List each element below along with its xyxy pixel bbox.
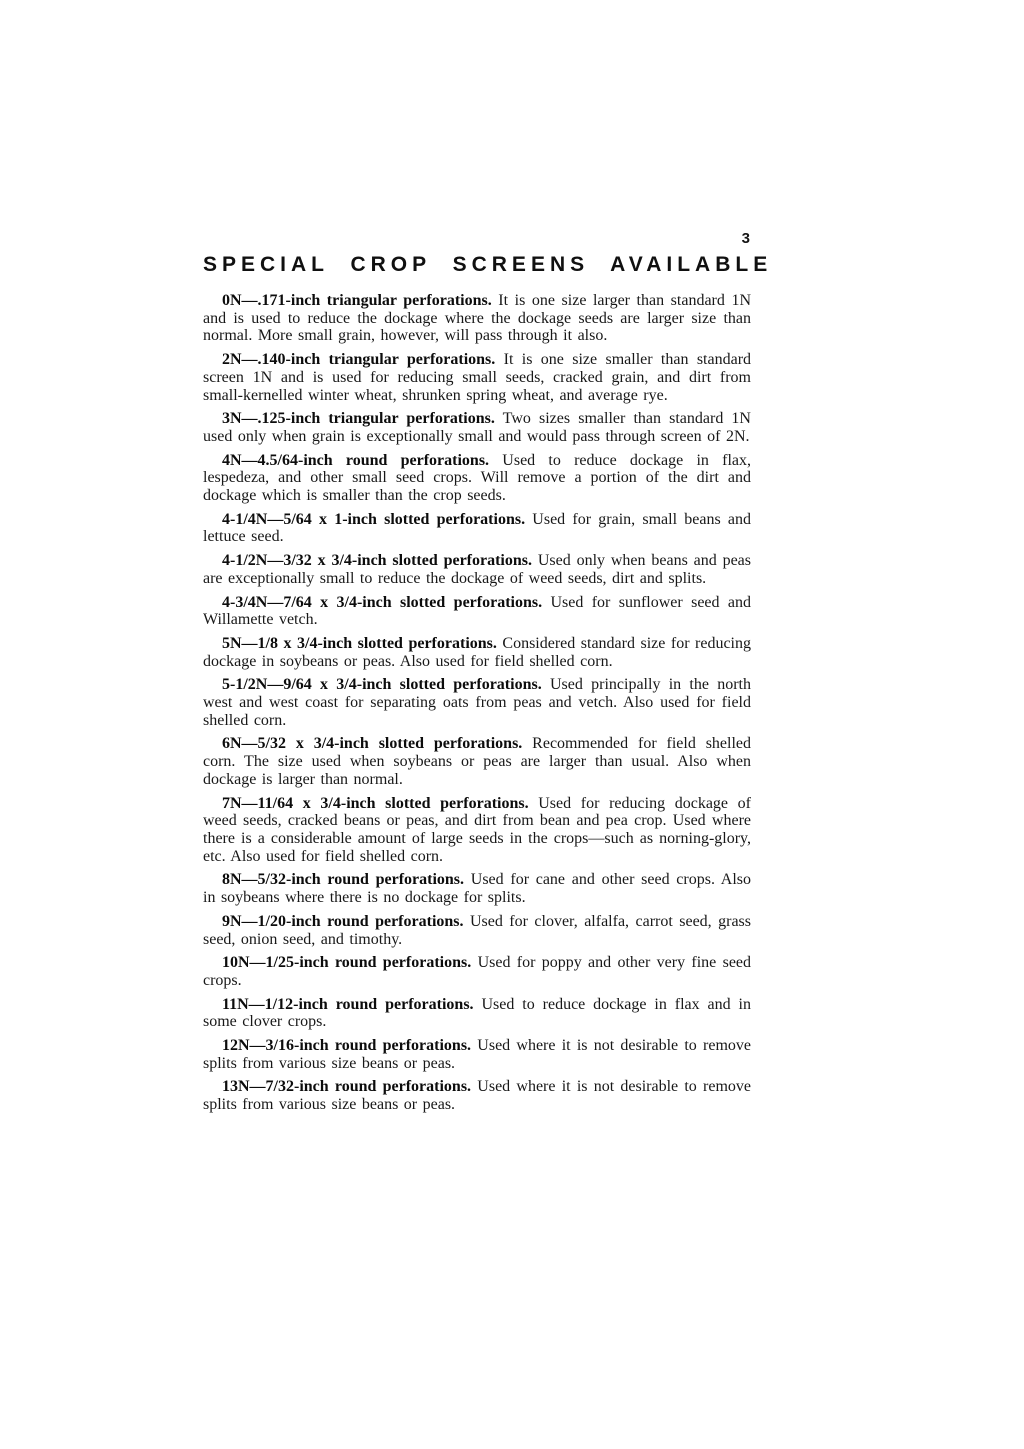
entry-heading: 4-1/2N—3/32 x 3/4-inch slotted perforati… (222, 552, 532, 569)
entry-2n: 2N—.140-inch triangular perforations. It… (203, 351, 751, 404)
entry-heading: 5N—1/8 x 3/4-inch slotted perforations. (222, 635, 497, 652)
entry-7n: 7N—11/64 x 3/4-inch slotted perforations… (203, 795, 751, 866)
entry-13n: 13N—7/32-inch round perforations. Used w… (203, 1078, 751, 1113)
entry-11n: 11N—1/12-inch round perforations. Used t… (203, 996, 751, 1031)
entry-heading: 0N—.171-inch triangular perforations. (222, 292, 492, 309)
entry-heading: 3N—.125-inch triangular perforations. (222, 410, 495, 427)
entry-0n: 0N—.171-inch triangular perforations. It… (203, 292, 751, 345)
entry-heading: 7N—11/64 x 3/4-inch slotted perforations… (222, 795, 529, 812)
entry-6n: 6N—5/32 x 3/4-inch slotted perforations.… (203, 735, 751, 788)
entry-12n: 12N—3/16-inch round perforations. Used w… (203, 1037, 751, 1072)
entry-5n: 5N—1/8 x 3/4-inch slotted perforations. … (203, 635, 751, 670)
entry-3n: 3N—.125-inch triangular perforations. Tw… (203, 410, 751, 445)
entry-heading: 2N—.140-inch triangular perforations. (222, 351, 495, 368)
entry-heading: 4N—4.5/64-inch round perforations. (222, 452, 489, 469)
document-page: 3 SPECIAL CROP SCREENS AVAILABLE 0N—.171… (203, 230, 751, 1120)
entry-heading: 9N—1/20-inch round perforations. (222, 913, 464, 930)
entry-4-1-2n: 4-1/2N—3/32 x 3/4-inch slotted perforati… (203, 552, 751, 587)
entry-heading: 10N—1/25-inch round perforations. (222, 954, 471, 971)
entry-4-1-4n: 4-1/4N—5/64 x 1-inch slotted perforation… (203, 511, 751, 546)
entry-heading: 13N—7/32-inch round perforations. (222, 1078, 471, 1095)
entry-heading: 8N—5/32-inch round perforations. (222, 871, 464, 888)
entry-heading: 6N—5/32 x 3/4-inch slotted perforations. (222, 735, 522, 752)
entry-8n: 8N—5/32-inch round perforations. Used fo… (203, 871, 751, 906)
page-title: SPECIAL CROP SCREENS AVAILABLE (203, 253, 751, 277)
entry-5-1-2n: 5-1/2N—9/64 x 3/4-inch slotted perforati… (203, 676, 751, 729)
entry-heading: 12N—3/16-inch round perforations. (222, 1037, 471, 1054)
entry-4n: 4N—4.5/64-inch round perforations. Used … (203, 452, 751, 505)
entry-9n: 9N—1/20-inch round perforations. Used fo… (203, 913, 751, 948)
entry-heading: 4-1/4N—5/64 x 1-inch slotted perforation… (222, 511, 525, 528)
entry-heading: 11N—1/12-inch round perforations. (222, 996, 474, 1013)
entry-heading: 4-3/4N—7/64 x 3/4-inch slotted perforati… (222, 594, 542, 611)
entry-heading: 5-1/2N—9/64 x 3/4-inch slotted perforati… (222, 676, 542, 693)
entry-10n: 10N—1/25-inch round perforations. Used f… (203, 954, 751, 989)
page-number: 3 (203, 230, 751, 248)
entry-4-3-4n: 4-3/4N—7/64 x 3/4-inch slotted perforati… (203, 594, 751, 629)
